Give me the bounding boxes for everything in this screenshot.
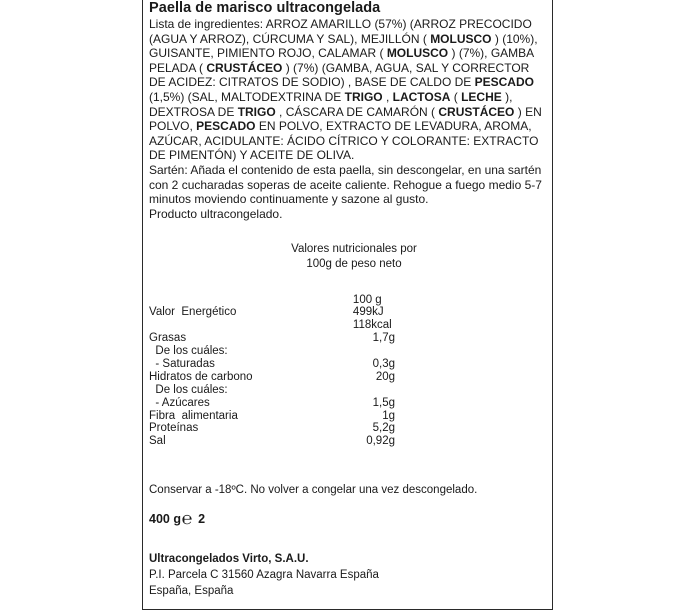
net-weight: 400 g ℮ 2 bbox=[149, 511, 205, 527]
nutrition-header-line2: 100g de peso neto bbox=[209, 257, 499, 272]
allergen: CRUSTÁCEO bbox=[206, 61, 282, 75]
nutrient-value: 1,5g bbox=[349, 397, 395, 410]
nutrient-value bbox=[349, 345, 395, 358]
manufacturer-address: P.I. Parcela C 31560 Azagra Navarra Espa… bbox=[149, 567, 379, 583]
manufacturer-name: Ultracongelados Virto, S.A.U. bbox=[149, 551, 379, 567]
frozen-note: Producto ultracongelado. bbox=[149, 207, 552, 222]
nutrient-label: - Azúcares bbox=[149, 397, 349, 410]
nutrient-value: 100 g bbox=[336, 294, 409, 307]
nutrition-row: Grasas1,7g bbox=[149, 332, 409, 345]
unit-count: 2 bbox=[198, 511, 205, 527]
allergen: MOLUSCO bbox=[387, 46, 448, 60]
allergen: PESCADO bbox=[475, 75, 534, 89]
nutrient-label: De los cuáles: bbox=[149, 384, 349, 397]
nutrient-value: 5,2g bbox=[349, 422, 395, 435]
nutrient-label: - Saturadas bbox=[149, 358, 349, 371]
nutrition-row: De los cuáles: bbox=[149, 384, 409, 397]
allergen: LECHE bbox=[461, 90, 502, 104]
allergen: PESCADO bbox=[196, 119, 255, 133]
nutrient-label: Proteínas bbox=[149, 422, 349, 435]
nutrient-value: 0,92g bbox=[349, 435, 395, 448]
manufacturer-country: España, España bbox=[149, 583, 379, 599]
allergen: TRIGO bbox=[238, 105, 276, 119]
nutrient-value: 20g bbox=[349, 371, 395, 384]
nutrient-label bbox=[149, 294, 336, 307]
nutrient-label: De los cuáles: bbox=[149, 345, 349, 358]
nutrient-label: Valor Energético bbox=[149, 306, 336, 319]
nutrition-row: De los cuáles: bbox=[149, 345, 409, 358]
nutrient-label: Grasas bbox=[149, 332, 349, 345]
nutrition-row: Hidratos de carbono20g bbox=[149, 371, 409, 384]
nutrient-label bbox=[149, 319, 336, 332]
nutrition-row: Valor Energético499kJ bbox=[149, 306, 409, 319]
ingredient-text: (1,5%) (SAL, MALTODEXTRINA DE bbox=[149, 90, 345, 104]
nutrient-value: 0,3g bbox=[349, 358, 395, 371]
nutrition-row: 118kcal bbox=[149, 319, 409, 332]
allergen: LACTOSA bbox=[393, 90, 451, 104]
nutrient-label: Fibra alimentaria bbox=[149, 410, 349, 423]
nutrition-table: 100 gValor Energético499kJ118kcalGrasas1… bbox=[149, 294, 409, 449]
nutrient-value bbox=[349, 384, 395, 397]
ingredient-text: , CÁSCARA DE CAMARÓN ( bbox=[276, 105, 439, 119]
nutrition-row: Fibra alimentaria1g bbox=[149, 410, 409, 423]
nutrition-row: Sal0,92g bbox=[149, 435, 409, 448]
allergen: MOLUSCO bbox=[430, 32, 491, 46]
estimated-sign-icon: ℮ bbox=[182, 512, 193, 526]
allergen: TRIGO bbox=[345, 90, 383, 104]
nutrient-label: Hidratos de carbono bbox=[149, 371, 349, 384]
storage-instructions: Conservar a -18ºC. No volver a congelar … bbox=[149, 483, 477, 497]
product-title: Paella de marisco ultracongelada bbox=[149, 0, 552, 17]
ingredient-text: ( bbox=[450, 90, 461, 104]
nutrient-value: 1g bbox=[349, 410, 395, 423]
nutrient-value: 499kJ bbox=[336, 306, 409, 319]
manufacturer-info: Ultracongelados Virto, S.A.U. P.I. Parce… bbox=[149, 551, 379, 599]
product-label: Paella de marisco ultracongelada Lista d… bbox=[142, 0, 553, 610]
nutrition-header: Valores nutricionales por 100g de peso n… bbox=[209, 242, 499, 271]
nutrition-row: Proteínas5,2g bbox=[149, 422, 409, 435]
nutrient-value: 1,7g bbox=[349, 332, 395, 345]
nutrition-row: 100 g bbox=[149, 294, 409, 307]
nutrient-value: 118kcal bbox=[336, 319, 409, 332]
cooking-instructions: Sartén: Añada el contenido de esta paell… bbox=[149, 163, 549, 207]
allergen: CRUSTÁCEO bbox=[438, 105, 514, 119]
nutrient-label: Sal bbox=[149, 435, 349, 448]
ingredient-text: , bbox=[383, 90, 393, 104]
net-weight-amount: 400 g bbox=[149, 511, 181, 527]
nutrition-row: - Azúcares1,5g bbox=[149, 397, 409, 410]
nutrition-header-line1: Valores nutricionales por bbox=[209, 242, 499, 257]
nutrition-row: - Saturadas0,3g bbox=[149, 358, 409, 371]
ingredients-list: Lista de ingredientes: ARROZ AMARILLO (5… bbox=[149, 17, 549, 163]
